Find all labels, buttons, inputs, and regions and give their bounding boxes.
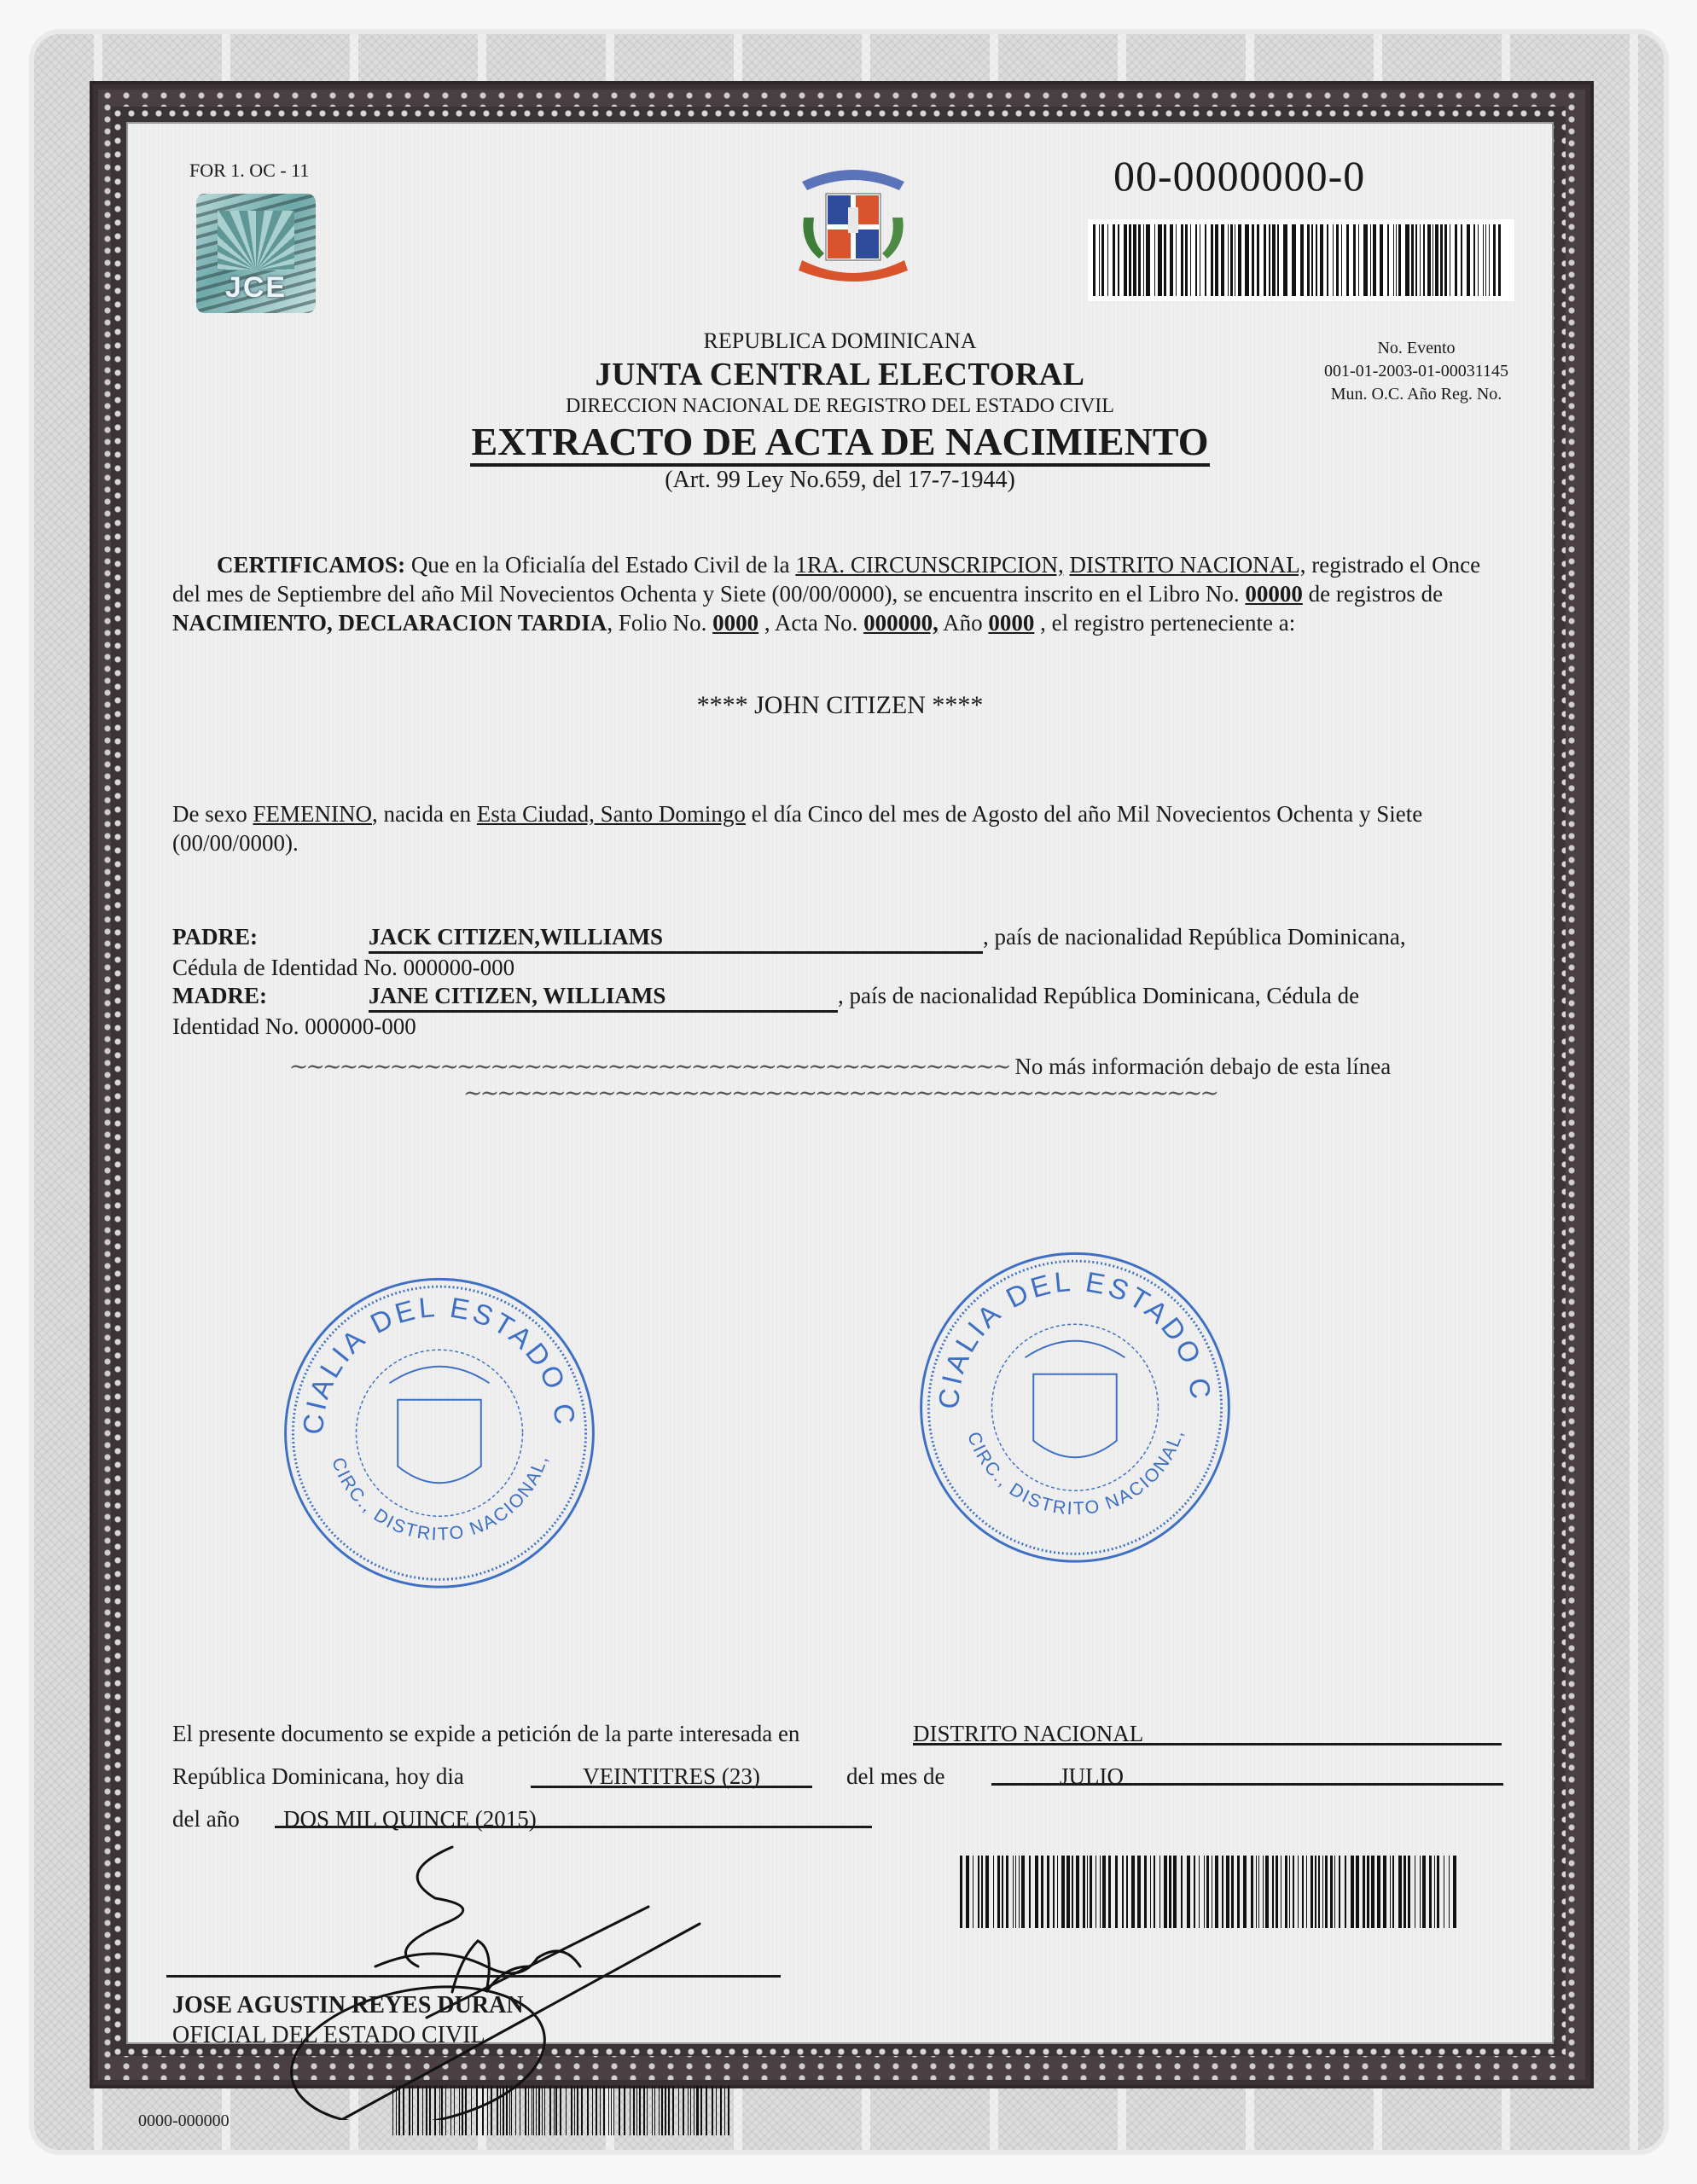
year-field: 0000 <box>988 610 1034 636</box>
barcode-footer <box>392 2086 734 2135</box>
acta-field: 000000, <box>863 610 939 636</box>
document-number: 00-0000000-0 <box>1113 151 1365 200</box>
official-seal-stamp: OFICIALIA DEL ESTADO CIVIL 1RA. CIRC., D… <box>273 1258 606 1591</box>
mother-row: MADRE:JANE CITIZEN, WILLIAMS, país de na… <box>172 982 1512 1013</box>
issue-year-field: DOS MIL QUINCE (2015) <box>275 1798 872 1828</box>
register-type: NACIMIENTO, DECLARACION TARDIA <box>172 610 607 636</box>
svg-text:OFICIALIA DEL ESTADO CIVIL: OFICIALIA DEL ESTADO CIVIL <box>273 1258 581 1436</box>
officer-name: JOSE AGUSTIN REYES DURAN <box>172 1992 524 2019</box>
registrant-name: **** JOHN CITIZEN **** <box>128 691 1552 720</box>
issue-day-field: VEINTITRES (23) <box>531 1755 812 1788</box>
officer-title: OFICIAL DEL ESTADO CIVIL <box>172 2022 485 2049</box>
coat-of-arms-icon <box>785 158 921 286</box>
folio-field: 0000 <box>712 610 758 636</box>
birth-paragraph: De sexo FEMENINO, nacida en Esta Ciudad,… <box>172 799 1512 857</box>
jce-hologram-icon: JCE <box>196 194 316 313</box>
birthplace-field: Esta Ciudad, Santo Domingo <box>477 801 746 827</box>
issue-place-field: DISTRITO NACIONAL <box>913 1712 1502 1745</box>
office-field: 1RA. CIRCUNSCRIPCION, <box>795 552 1063 578</box>
form-code: FOR 1. OC - 11 <box>189 160 309 182</box>
legal-reference: (Art. 99 Ley No.659, del 17-7-1944) <box>128 467 1552 494</box>
issuance-section: El presente documento se expide a petici… <box>172 1712 1520 1840</box>
barcode-top <box>1088 219 1514 301</box>
certificate-body: FOR 1. OC - 11 JCE 00-0000000-0 REPUBLIC… <box>126 122 1554 2044</box>
father-name: JACK CITIZEN,WILLIAMS <box>369 923 983 954</box>
signature-mark <box>239 1838 717 2120</box>
libro-field: 00000 <box>1245 581 1303 607</box>
end-of-information-line: ∼∼∼∼∼∼∼∼∼∼∼∼∼∼∼∼∼∼∼∼∼∼∼∼∼∼∼∼∼∼∼∼∼∼∼∼∼∼∼∼… <box>128 1054 1552 1107</box>
mother-id: Identidad No. 000000-000 <box>172 1013 1512 1041</box>
barcode-bottom <box>960 1856 1395 1928</box>
document-title: EXTRACTO DE ACTA DE NACIMIENTO <box>128 419 1552 464</box>
event-legend: Mun. O.C. Año Reg. No. <box>1293 383 1540 406</box>
mother-name: JANE CITIZEN, WILLIAMS <box>369 982 838 1013</box>
parents-section: PADRE:JACK CITIZEN,WILLIAMS, país de nac… <box>172 923 1512 1041</box>
district-field: DISTRITO NACIONAL, <box>1069 552 1305 578</box>
event-number: 001-01-2003-01-00031145 <box>1293 360 1540 383</box>
certification-paragraph: CERTIFICAMOS: Que en la Oficialía del Es… <box>172 550 1512 637</box>
official-seal-stamp: OFICIALIA DEL ESTADO CIVIL 1RA. CIRC., D… <box>909 1233 1241 1565</box>
event-number-block: No. Evento 001-01-2003-01-00031145 Mun. … <box>1293 337 1540 406</box>
sex-field: FEMENINO <box>253 801 372 827</box>
signature-line <box>166 1975 781 1978</box>
event-label: No. Evento <box>1293 337 1540 360</box>
father-id: Cédula de Identidad No. 000000-000 <box>172 954 1512 982</box>
footer-serial: 0000-000000 <box>138 2111 230 2131</box>
father-row: PADRE:JACK CITIZEN,WILLIAMS, país de nac… <box>172 923 1512 954</box>
issue-month-field: JULIO <box>991 1755 1503 1786</box>
svg-text:OFICIALIA DEL ESTADO CIVIL: OFICIALIA DEL ESTADO CIVIL <box>909 1233 1217 1410</box>
